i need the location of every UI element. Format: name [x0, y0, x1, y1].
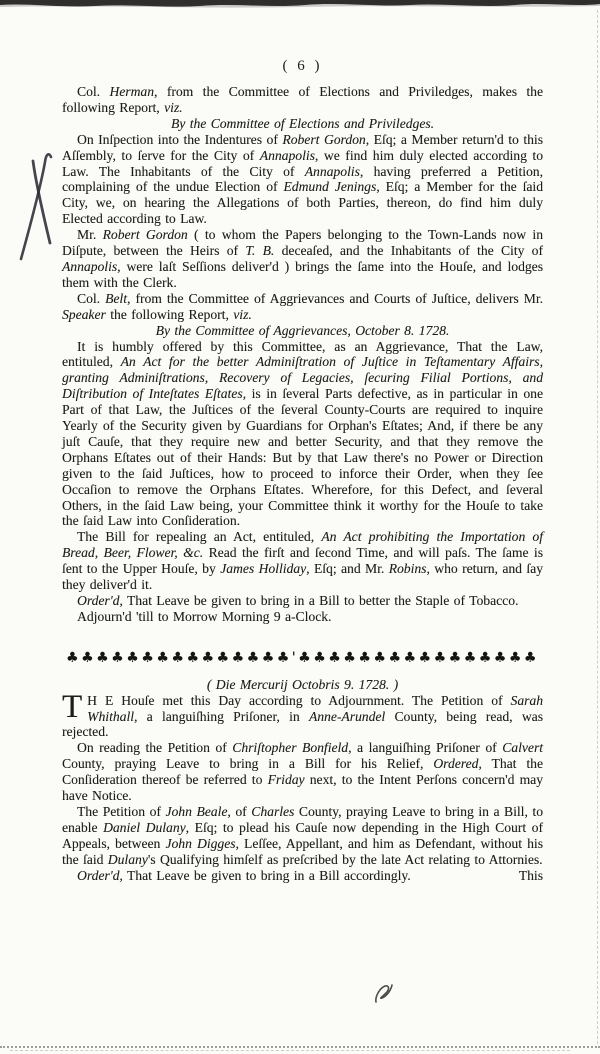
- text-run: , a languiſhing Priſoner, in: [134, 709, 309, 724]
- document-body: Col. Herman, from the Committee of Elect…: [62, 84, 543, 884]
- text-run: On Inſpection into the Indentures of: [77, 132, 282, 147]
- paragraph: Order'd, That Leave be given to bring in…: [62, 593, 543, 609]
- text-run: T. B.: [245, 243, 274, 258]
- text-run: Annapolis: [305, 164, 360, 179]
- text-run: Order'd,: [77, 868, 123, 883]
- text-run: viz.: [164, 100, 183, 115]
- text-run: Belt: [105, 291, 127, 306]
- text-run: That Leave be given to bring in a Bill a…: [123, 868, 411, 883]
- paragraph: Mr. Robert Gordon ( to whom the Papers b…: [62, 227, 543, 291]
- paragraph: Col. Herman, from the Committee of Elect…: [62, 84, 543, 116]
- text-run: Mr.: [77, 227, 103, 242]
- text-run: John Digges: [165, 836, 235, 851]
- drop-cap: T: [62, 693, 87, 721]
- catchword: This: [504, 868, 543, 884]
- text-run: Order'd,: [77, 593, 123, 608]
- text-run: Dulany: [108, 852, 148, 867]
- text-run: By the Committee of Elections and Privil…: [171, 116, 434, 131]
- text-run: Robert Gordon: [282, 132, 365, 147]
- section-october-9: ( Die Mercurij Octobris 9. 1728. )TH E H…: [62, 677, 543, 884]
- text-run: Charles: [251, 804, 294, 819]
- ornament-row: ♣♣♣♣♣♣♣♣♣♣♣♣♣♣♣'♣♣♣♣♣♣♣♣♣♣♣♣♣♣♣♣: [62, 651, 543, 667]
- text-run: , a languiſhing Priſoner of: [348, 740, 502, 755]
- text-run: Speaker: [62, 307, 106, 322]
- paragraph: The Bill for repealing an Act, entituled…: [62, 529, 543, 593]
- scan-bottom-edge: [0, 1046, 600, 1048]
- page-number: ( 6 ): [62, 58, 543, 75]
- paragraph: TH E Houſe met this Day according to Adj…: [62, 693, 543, 741]
- text-run: , of: [227, 804, 251, 819]
- text-run: Col.: [77, 84, 109, 99]
- paragraph: Adjourn'd 'till to Morrow Morning 9 a-Cl…: [62, 609, 543, 625]
- text-run: The Bill for repealing an Act, entituled…: [77, 529, 321, 544]
- text-run: That Leave be given to bring in a Bill t…: [123, 593, 519, 608]
- paragraph: By the Committee of Aggrievances, Octobe…: [62, 323, 543, 339]
- text-run: Robins: [389, 561, 427, 576]
- paragraph: The Petition of John Beale, of Charles C…: [62, 804, 543, 868]
- text-run: ( Die Mercurij Octobris 9. 1728. ): [207, 677, 398, 692]
- text-run: Friday: [268, 772, 305, 787]
- text-run: deceaſed, and the Inhabitants of the Cit…: [274, 243, 543, 258]
- text-run: Ordered,: [433, 756, 481, 771]
- scan-bottom-edge-faint: [10, 1050, 570, 1051]
- paragraph: It is humbly offered by this Committee, …: [62, 339, 543, 530]
- section-october-8: Col. Herman, from the Committee of Elect…: [62, 84, 543, 625]
- text-run: By the Committee of Aggrievances, Octobe…: [156, 323, 450, 338]
- paragraph: By the Committee of Elections and Privil…: [62, 116, 543, 132]
- text-run: Robert Gordon: [103, 227, 188, 242]
- paragraph: On reading the Petition of Chriſtopher B…: [62, 740, 543, 804]
- text-run: Herman: [109, 84, 154, 99]
- text-run: Daniel Dulany: [103, 820, 186, 835]
- scanned-page: ( 6 ) Col. Herman, from the Committee of…: [0, 0, 600, 1054]
- text-run: 's Qualifying himſelf as preſcribed by t…: [148, 852, 543, 867]
- text-run: The Petition of: [77, 804, 165, 819]
- paragraph: On Inſpection into the Indentures of Rob…: [62, 132, 543, 227]
- text-run: Edmund Jenings: [283, 179, 376, 194]
- text-run: James Holliday: [220, 561, 306, 576]
- text-run: , were laſt Seſſions deliver'd ) brings …: [62, 259, 543, 290]
- text-run: County, praying Leave to bring in a Bill…: [62, 756, 433, 771]
- paragraph: Col. Belt, from the Committee of Aggriev…: [62, 291, 543, 323]
- text-run: Annapolis: [260, 148, 315, 163]
- text-run: Anne-Arundel: [309, 709, 385, 724]
- text-run: Calvert: [502, 740, 543, 755]
- text-run: viz.: [233, 307, 252, 322]
- text-run: On reading the Petition of: [77, 740, 232, 755]
- text-run: the following Report,: [106, 307, 233, 322]
- text-run: Col.: [77, 291, 105, 306]
- handwritten-x-mark-icon: [3, 146, 58, 266]
- text-run: Annapolis: [62, 259, 117, 274]
- text-run: , Eſq; and Mr.: [306, 561, 389, 576]
- text-run: H E Houſe met this Day according to Adjo…: [87, 693, 510, 708]
- text-run: Chriſtopher Bonfield: [232, 740, 348, 755]
- text-run: is in ſeveral Parts defective, as in par…: [62, 386, 543, 528]
- text-run: Adjourn'd 'till to Morrow Morning 9 a-Cl…: [77, 609, 331, 624]
- paragraph: ThisOrder'd, That Leave be given to brin…: [62, 868, 543, 884]
- ink-squiggle-icon: [370, 978, 400, 1008]
- paragraph: ( Die Mercurij Octobris 9. 1728. ): [62, 677, 543, 693]
- scan-right-edge: [597, 10, 598, 1044]
- text-run: John Beale: [165, 804, 227, 819]
- scan-top-edge: [0, 0, 600, 10]
- text-run: , from the Committee of Aggrievances and…: [127, 291, 543, 306]
